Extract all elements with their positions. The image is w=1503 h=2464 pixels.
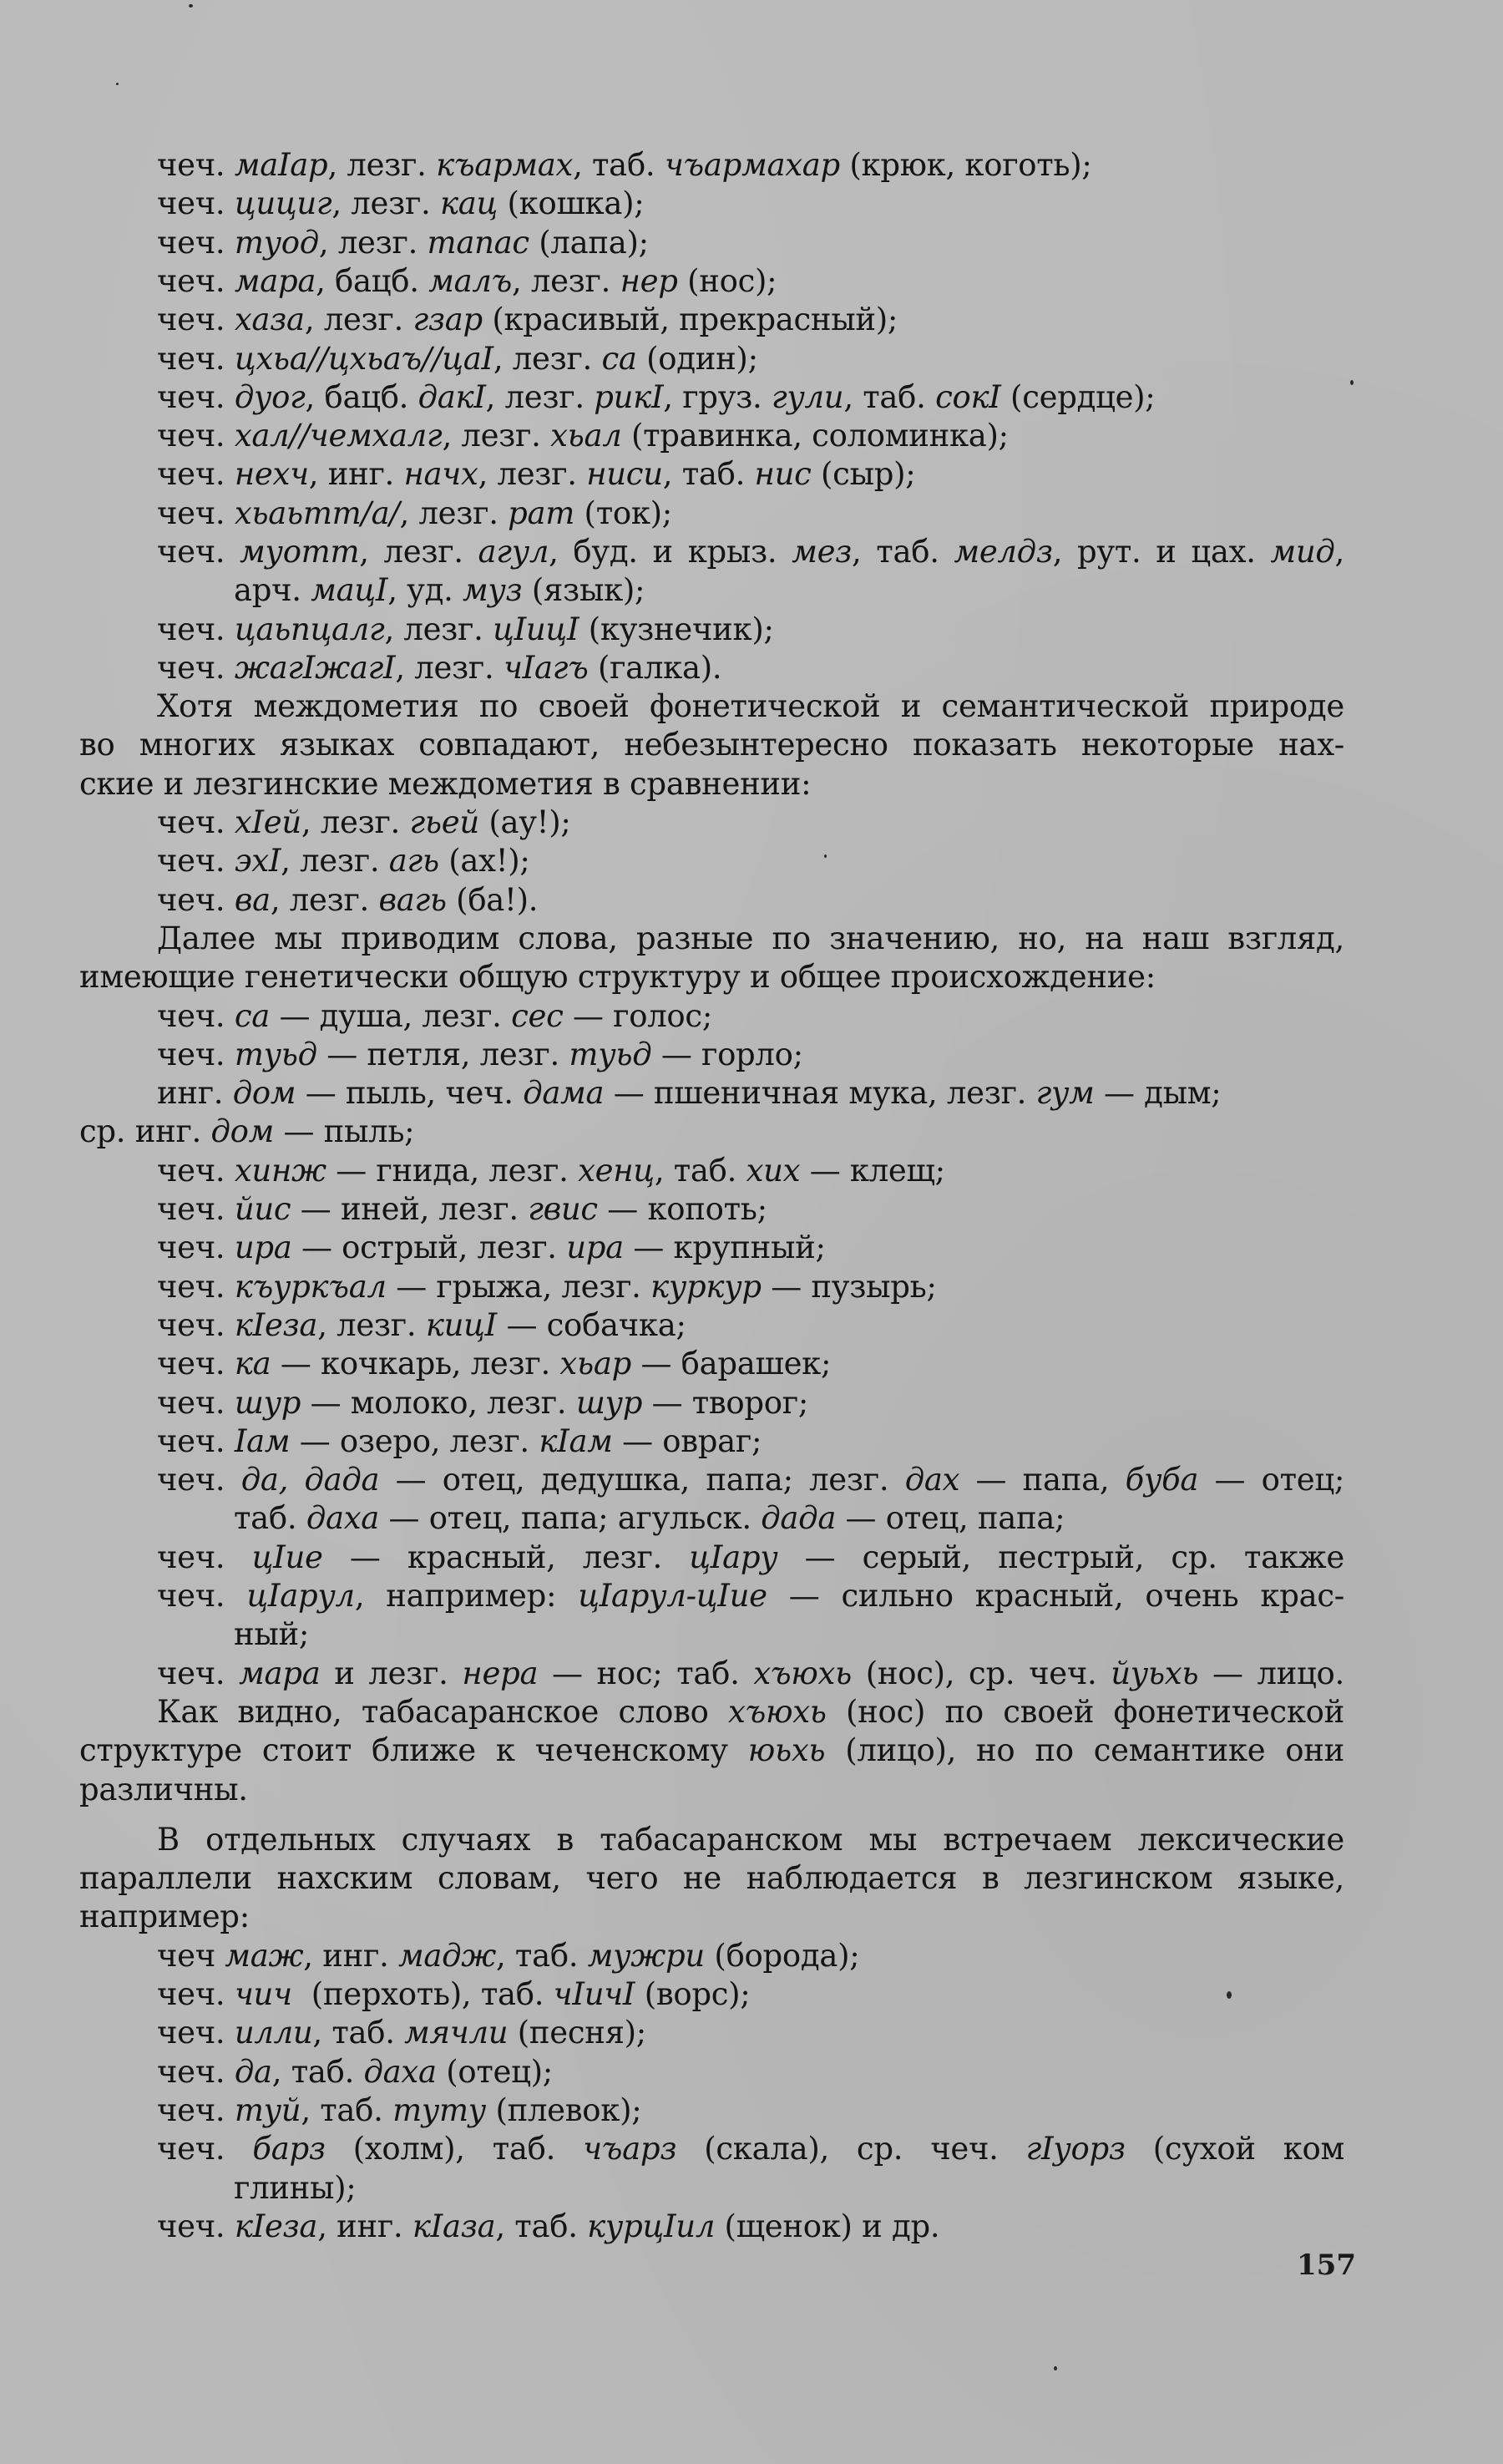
italic-word: даха — [364, 2054, 437, 2090]
text-line: чеч. хаза, лезг. гзар (красивый, прекрас… — [157, 301, 898, 339]
text-line: чеч. нехч, инг. начх, лезг. ниси, таб. н… — [157, 455, 915, 494]
text-run: (кошка); — [498, 185, 644, 221]
text-run: (холм), таб. — [326, 2131, 583, 2167]
text-line: чеч. къуркъал — грыжа, лезг. куркур — пу… — [157, 1268, 937, 1306]
text-line: арч. мацI, уд. муз (язык); — [234, 571, 645, 610]
text-run: чеч. — [157, 843, 235, 879]
italic-word: хьаьтт/а/ — [235, 495, 400, 531]
text-line: чеч. кIеза, инг. кIаза, таб. курцIил (ще… — [157, 2208, 939, 2246]
text-line: чеч. цIие — красный, лезг. цIару — серый… — [157, 1539, 1344, 1577]
text-line: чеч. йис — иней, лезг. гвис — копоть; — [157, 1190, 767, 1229]
scan-speck — [116, 83, 119, 85]
text-line: чеч. да, таб. даха (отец); — [157, 2053, 553, 2091]
italic-word: са — [235, 998, 270, 1034]
italic-word: туту — [392, 2092, 486, 2128]
text-run: , лезг. — [327, 147, 436, 183]
text-line: чеч. туод, лезг. тапас (лапа); — [157, 224, 649, 262]
italic-word: хъюхь — [728, 1694, 827, 1730]
italic-word: гзар — [412, 302, 482, 337]
text-run: , таб. — [663, 456, 755, 492]
italic-word: цIарул — [246, 1578, 354, 1614]
text-run: чеч. — [157, 1153, 235, 1189]
text-run: , инг. — [303, 1938, 398, 1974]
scan-speck — [1054, 2366, 1057, 2370]
text-run: — кочкарь, лезг. — [271, 1346, 559, 1382]
text-run: (сердце); — [1001, 379, 1156, 415]
text-run: , лезг. — [395, 650, 504, 686]
text-run: — нос; таб. — [538, 1655, 753, 1691]
italic-word: хих — [746, 1153, 801, 1189]
text-run: чеч — [157, 1938, 225, 1974]
italic-word: тапас — [428, 225, 529, 261]
text-run: , таб. — [495, 2208, 587, 2244]
text-run: — папа, — [959, 1462, 1126, 1498]
italic-word: нер — [620, 263, 678, 299]
text-line: чеч. туьд — петля, лезг. туьд — горло; — [157, 1036, 803, 1074]
italic-word: жагIжагI — [235, 650, 395, 686]
text-run: В отдельных случаях в табасаранском мы в… — [157, 1822, 1344, 1858]
text-run: , например: — [355, 1578, 578, 1614]
text-line: чеч. илли, таб. мячли (песня); — [157, 2014, 646, 2052]
italic-word: мужри — [588, 1938, 705, 1974]
text-run: , таб. — [655, 1153, 746, 1189]
text-run: — красный, лезг. — [323, 1539, 690, 1575]
text-run: — собачка; — [497, 1307, 686, 1343]
text-run: чеч. — [157, 1423, 235, 1459]
text-line: чеч. чич (перхоть), таб. чIичI (ворс); — [157, 1975, 750, 2014]
italic-word: мара — [239, 1655, 320, 1691]
italic-word: туод — [235, 225, 319, 261]
text-run: — сильно красный, очень крас- — [767, 1578, 1344, 1614]
text-run: чеч. — [157, 1269, 235, 1305]
italic-word: са — [601, 341, 636, 377]
text-run: чеч. — [157, 534, 240, 570]
italic-word: мячли — [404, 2015, 508, 2051]
italic-word: мадж — [398, 1938, 496, 1974]
text-run: глины); — [234, 2170, 356, 2206]
italic-word: мара — [235, 263, 316, 299]
text-run: — копоть; — [598, 1191, 767, 1227]
italic-word: ира — [566, 1229, 624, 1265]
text-run: чеч. — [157, 302, 235, 337]
italic-word: хаза — [235, 302, 305, 337]
italic-word: кац — [440, 185, 498, 221]
text-run: имеющие генетически общую структуру и об… — [79, 959, 1156, 995]
italic-word: чIичI — [554, 1976, 635, 2012]
italic-word: ва — [235, 882, 271, 918]
text-line: инг. дом — пыль, чеч. дама — пшеничная м… — [157, 1074, 1221, 1113]
italic-word: кIеза — [235, 2208, 317, 2244]
text-run: чеч. — [157, 495, 235, 531]
italic-word: нехч — [235, 456, 309, 492]
text-run: (ау!); — [479, 804, 571, 840]
text-run: , таб. — [301, 2092, 392, 2128]
text-run: ный; — [234, 1616, 309, 1652]
text-run: и лезг. — [320, 1655, 462, 1691]
italic-word: дама — [523, 1075, 604, 1111]
italic-word: туй — [235, 2092, 301, 2128]
text-run: — пузырь; — [762, 1269, 937, 1305]
text-run: , лезг. — [478, 456, 587, 492]
text-run: , инг. — [309, 456, 404, 492]
text-run: (песня); — [508, 2015, 646, 2051]
text-line: чеч. ира — острый, лезг. ира — крупный; — [157, 1229, 826, 1267]
text-run: , лезг. — [301, 804, 410, 840]
text-run: — отец, дедушка, папа; лезг. — [379, 1462, 904, 1498]
text-run: чеч. — [157, 2131, 252, 2167]
italic-word: хъюхь — [753, 1655, 852, 1691]
text-run: — душа, лезг. — [270, 998, 511, 1034]
text-line: чеч. Iам — озеро, лезг. кIам — овраг; — [157, 1422, 762, 1461]
italic-word: хьар — [559, 1346, 631, 1382]
italic-word: кIаза — [412, 2208, 496, 2244]
text-line: чеч. цIарул, например: цIарул-цIие — сил… — [157, 1577, 1344, 1615]
text-run: — острый, лезг. — [292, 1229, 567, 1265]
text-line: чеч. цициг, лезг. кац (кошка); — [157, 185, 644, 223]
text-run: чеч. — [157, 1229, 235, 1265]
italic-word: хинж — [235, 1153, 326, 1189]
italic-word: шур — [235, 1385, 301, 1421]
text-run: — грыжа, лезг. — [387, 1269, 650, 1305]
text-run: (язык); — [522, 572, 645, 608]
text-line: чеч. ка — кочкарь, лезг. хьар — барашек; — [157, 1345, 831, 1383]
italic-word: чIагъ — [504, 650, 589, 686]
text-run: (отец); — [437, 2054, 553, 2090]
text-run: — отец; — [1198, 1462, 1344, 1498]
italic-word: цициг — [235, 185, 332, 221]
italic-word: дуог — [235, 379, 306, 415]
italic-word: мацI — [311, 572, 387, 608]
text-run: , лезг. — [271, 882, 379, 918]
text-run: (лицо), но по семантике они — [825, 1732, 1344, 1768]
text-run: , уд. — [387, 572, 463, 608]
text-run: (кузнечик); — [579, 611, 773, 647]
italic-word: агь — [389, 843, 439, 879]
italic-word: цIарул-цIие — [578, 1578, 767, 1614]
text-line: чеч. шур — молоко, лезг. шур — творог; — [157, 1384, 808, 1422]
text-run: чеч. — [157, 1655, 239, 1691]
text-line: чеч. да, дада — отец, дедушка, папа; лез… — [157, 1461, 1344, 1499]
text-run: Далее мы приводим слова, разные по значе… — [157, 920, 1344, 956]
text-line: чеч. барз (холм), таб. чъарз (скала), ср… — [157, 2130, 1344, 2168]
text-run: , таб. — [843, 379, 935, 415]
text-run: арч. — [234, 572, 311, 608]
text-run: (сухой ком — [1126, 2131, 1344, 2167]
text-line: чеч. муотт, лезг. агул, буд. и крыз. мез… — [157, 533, 1344, 571]
italic-word: кIам — [539, 1423, 612, 1459]
text-run: Хотя междометия по своей фонетической и … — [157, 688, 1344, 724]
text-run: чеч. — [157, 804, 235, 840]
scan-speck — [1227, 1991, 1232, 1999]
text-run: — голос; — [564, 998, 712, 1034]
text-run: чеч. — [157, 225, 235, 261]
text-run: чеч. — [157, 147, 235, 183]
italic-word: гули — [772, 379, 843, 415]
text-run: , лезг. — [305, 302, 413, 337]
text-line: чеч. хинж — гнида, лезг. хенц, таб. хих … — [157, 1152, 945, 1190]
text-run: чеч. — [157, 379, 235, 415]
text-run: (щенок) и др. — [715, 2208, 939, 2244]
italic-word: вагь — [378, 882, 446, 918]
text-run: чеч. — [157, 1462, 241, 1498]
text-run: — крупный; — [624, 1229, 826, 1265]
text-run: чеч. — [157, 263, 235, 299]
text-run: — гнида, лезг. — [326, 1153, 578, 1189]
text-run: чеч. — [157, 1578, 246, 1614]
text-run: различны. — [79, 1772, 248, 1807]
text-run: таб. — [234, 1500, 306, 1536]
text-line: структуре стоит ближе к чеченскому юьхь … — [79, 1731, 1344, 1770]
italic-word: да, дада — [241, 1462, 380, 1498]
text-run: чеч. — [157, 1191, 235, 1227]
italic-word: дом — [233, 1075, 296, 1111]
text-run: чеч. — [157, 998, 235, 1034]
text-run: инг. — [157, 1075, 233, 1111]
text-line: чеч. цаьпцалг, лезг. цIицI (кузнечик); — [157, 611, 774, 649]
text-run: (лапа); — [529, 225, 649, 261]
italic-word: дом — [210, 1113, 274, 1149]
text-run: чеч. — [157, 418, 235, 454]
text-run: , инг. — [317, 2208, 412, 2244]
text-line: различны. — [79, 1771, 248, 1809]
italic-word: маIар — [235, 147, 328, 183]
text-run: чеч. — [157, 2092, 235, 2128]
text-line: чеч. мара, бацб. малъ, лезг. нер (нос); — [157, 262, 777, 301]
text-run: чеч. — [157, 1539, 252, 1575]
text-run: (плевок); — [486, 2092, 641, 2128]
text-line: чеч. хал//чемхалг, лезг. хьал (травинка,… — [157, 417, 1009, 455]
text-run: — пшеничная мука, лезг. — [604, 1075, 1035, 1111]
italic-word: даха — [306, 1500, 379, 1536]
text-run: чеч. — [157, 882, 235, 918]
text-run: , лезг. — [442, 418, 550, 454]
text-line: чеч. мара и лезг. нера — нос; таб. хъюхь… — [157, 1655, 1344, 1693]
text-run: (ба!). — [447, 882, 539, 918]
text-run: ские и лезгинские междометия в сравнении… — [79, 766, 811, 802]
text-run: , буд. и крыз. — [549, 534, 792, 570]
text-run: — горло; — [651, 1037, 802, 1072]
text-run: чеч. — [157, 2054, 235, 2090]
text-run: — творог; — [642, 1385, 808, 1421]
text-run: чеч. — [157, 2208, 235, 2244]
text-run: во многих языках совпадают, небезынтерес… — [79, 727, 1344, 763]
text-run: чеч. — [157, 341, 235, 377]
scan-speck — [189, 4, 193, 8]
text-run: — лицо. — [1198, 1655, 1344, 1691]
italic-word: нис — [755, 456, 812, 492]
text-line: Далее мы приводим слова, разные по значе… — [157, 920, 1344, 958]
text-run: (галка). — [589, 650, 722, 686]
italic-word: малъ — [428, 263, 512, 299]
text-line: ср. инг. дом — пыль; — [79, 1113, 414, 1151]
italic-word: ка — [235, 1346, 271, 1382]
text-line: Хотя междометия по своей фонетической и … — [157, 687, 1344, 726]
text-line: чеч. туй, таб. туту (плевок); — [157, 2091, 641, 2130]
italic-word: чич — [235, 1976, 292, 2012]
text-run: чеч. — [157, 611, 235, 647]
text-run: чеч. — [157, 185, 235, 221]
text-run: , лезг. — [319, 225, 428, 261]
italic-word: цIицI — [493, 611, 579, 647]
italic-word: дакI — [418, 379, 486, 415]
text-run: — пыль; — [274, 1113, 414, 1149]
italic-word: рикI — [594, 379, 663, 415]
text-line: чеч. дуог, бацб. дакI, лезг. рикI, груз.… — [157, 378, 1155, 417]
text-line: чеч. маIар, лезг. къармах, таб. чъармаха… — [157, 146, 1092, 185]
text-line: ный; — [234, 1615, 309, 1654]
text-run: — серый, пестрый, ср. также — [777, 1539, 1344, 1575]
text-run: (нос) по своей фонетической — [827, 1694, 1344, 1730]
text-line: чеч. ва, лезг. вагь (ба!). — [157, 881, 538, 920]
text-line: чеч. эхI, лезг. агь (ах!); — [157, 842, 530, 880]
text-run: чеч. — [157, 456, 235, 492]
text-run: структуре стоит ближе к чеченскому — [79, 1732, 748, 1768]
text-run: , — [1335, 534, 1344, 570]
italic-word: куркур — [650, 1269, 762, 1305]
italic-word: маж — [225, 1938, 303, 1974]
italic-word: мид — [1270, 534, 1334, 570]
text-run: — отец, папа; — [836, 1500, 1065, 1536]
text-run: — иней, лезг. — [291, 1191, 528, 1227]
italic-word: гум — [1036, 1075, 1095, 1111]
text-run: — пыль, чеч. — [296, 1075, 523, 1111]
text-run: , лезг. — [331, 185, 440, 221]
italic-word: рат — [508, 495, 574, 531]
text-run: (красивый, прекрасный); — [483, 302, 898, 337]
italic-word: нера — [462, 1655, 538, 1691]
italic-word: ниси — [586, 456, 663, 492]
italic-word: къуркъал — [235, 1269, 387, 1305]
italic-word: хенц — [578, 1153, 655, 1189]
text-run: , бацб. — [306, 379, 418, 415]
text-line: во многих языках совпадают, небезынтерес… — [79, 726, 1344, 764]
text-run: (один); — [637, 341, 758, 377]
text-run: , груз. — [663, 379, 772, 415]
text-run: — отец, папа; агульск. — [379, 1500, 761, 1536]
text-run: (борода); — [705, 1938, 859, 1974]
italic-word: начх — [403, 456, 478, 492]
text-run: , лезг. — [317, 1307, 426, 1343]
text-line: чеч. са — душа, лезг. сес — голос; — [157, 997, 712, 1036]
italic-word: хал//чемхалг — [235, 418, 443, 454]
text-run: , лезг. — [281, 843, 389, 879]
text-run: , таб. — [496, 1938, 588, 1974]
italic-word: буба — [1126, 1462, 1199, 1498]
italic-word: чъармахар — [665, 147, 840, 183]
text-run: , лезг. — [359, 534, 478, 570]
text-run: , таб. — [272, 2054, 364, 2090]
italic-word: курцIил — [587, 2208, 715, 2244]
italic-word: йуьхь — [1111, 1655, 1198, 1691]
italic-word: гIуорз — [1026, 2131, 1126, 2167]
text-line: имеющие генетически общую структуру и об… — [79, 958, 1156, 996]
italic-word: цхьа//цхьаъ//цаI — [235, 341, 493, 377]
text-line: чеч. хIей, лезг. гьей (ау!); — [157, 804, 571, 842]
italic-word: къармах — [436, 147, 573, 183]
text-line: чеч. хьаьтт/а/, лезг. рат (ток); — [157, 494, 672, 533]
text-line: глины); — [234, 2169, 356, 2208]
italic-word: сес — [511, 998, 563, 1034]
text-run: (травинка, соломинка); — [622, 418, 1009, 454]
text-run: чеч. — [157, 1037, 235, 1072]
text-line: чеч. жагIжагI, лезг. чIагъ (галка). — [157, 649, 721, 687]
italic-word: сокI — [935, 379, 1001, 415]
italic-word: цIие — [252, 1539, 323, 1575]
italic-word: барз — [252, 2131, 325, 2167]
text-run: (перхоть), таб. — [292, 1976, 554, 2012]
italic-word: муз — [463, 572, 522, 608]
italic-word: хьал — [550, 418, 621, 454]
scan-speck — [1350, 380, 1354, 385]
text-line: ские и лезгинские междометия в сравнении… — [79, 765, 811, 804]
italic-word: эхI — [235, 843, 281, 879]
italic-word: гьей — [409, 804, 478, 840]
text-run: , лезг. — [384, 611, 493, 647]
italic-word: агул — [478, 534, 549, 570]
italic-word: туьд — [569, 1037, 651, 1072]
text-run: (ворс); — [635, 1976, 750, 2012]
italic-word: кицI — [426, 1307, 497, 1343]
text-run: , лезг. — [486, 379, 595, 415]
text-run: — молоко, лезг. — [301, 1385, 576, 1421]
text-run: (крюк, коготь); — [840, 147, 1092, 183]
text-run: чеч. — [157, 1385, 235, 1421]
text-run: (нос); — [678, 263, 777, 299]
italic-word: цIару — [689, 1539, 777, 1575]
text-line: например: — [79, 1898, 250, 1936]
text-run: — клещ; — [800, 1153, 945, 1189]
text-run: (скала), ср. чеч. — [676, 2131, 1025, 2167]
text-run: — дым; — [1095, 1075, 1222, 1111]
text-run: чеч. — [157, 1307, 235, 1343]
text-line: чеч. цхьа//цхьаъ//цаI, лезг. са (один); — [157, 340, 758, 378]
text-line: чеч маж, инг. мадж, таб. мужри (борода); — [157, 1937, 859, 1975]
italic-word: цаьпцалг — [235, 611, 385, 647]
text-run: — петля, лезг. — [317, 1037, 569, 1072]
text-run: (сыр); — [812, 456, 916, 492]
text-run: , лезг. — [400, 495, 509, 531]
italic-word: шур — [576, 1385, 642, 1421]
text-run: — озеро, лезг. — [290, 1423, 539, 1459]
italic-word: гвис — [528, 1191, 598, 1227]
italic-word: чъарз — [583, 2131, 676, 2167]
text-run: , лезг. — [512, 263, 620, 299]
text-run: чеч. — [157, 650, 235, 686]
text-run: — барашек; — [631, 1346, 831, 1382]
text-run: , рут. и цах. — [1053, 534, 1271, 570]
text-run: — овраг; — [613, 1423, 762, 1459]
italic-word: кIеза — [235, 1307, 317, 1343]
text-run: чеч. — [157, 1976, 235, 2012]
text-run: , лезг. — [493, 341, 602, 377]
italic-word: дада — [761, 1500, 836, 1536]
text-run: , бацб. — [316, 263, 428, 299]
italic-word: туьд — [235, 1037, 317, 1072]
text-run: , таб. — [573, 147, 665, 183]
italic-word: ира — [235, 1229, 292, 1265]
text-run: ср. инг. — [79, 1113, 210, 1149]
text-line: чеч. кIеза, лезг. кицI — собачка; — [157, 1306, 686, 1345]
text-run: (ток); — [574, 495, 672, 531]
italic-word: хIей — [235, 804, 301, 840]
text-run: чеч. — [157, 2015, 235, 2051]
italic-word: мелдз — [954, 534, 1052, 570]
text-run: например: — [79, 1899, 250, 1934]
text-line: Как видно, табасаранское слово хъюхь (но… — [157, 1693, 1344, 1731]
book-page: чеч. маIар, лезг. къармах, таб. чъармаха… — [0, 0, 1503, 2464]
text-run: , таб. — [312, 2015, 404, 2051]
italic-word: Iам — [235, 1423, 290, 1459]
